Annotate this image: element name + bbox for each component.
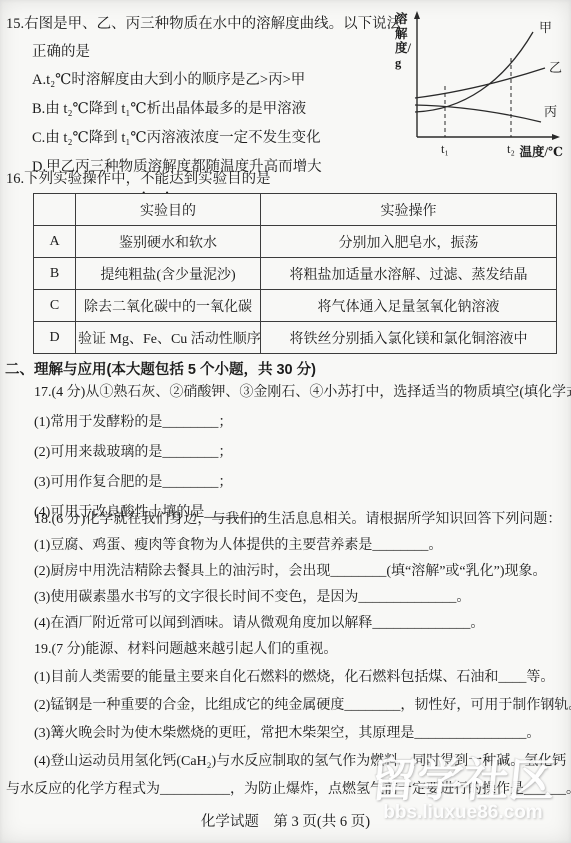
row-a-purpose: 鉴别硬水和软水 [76,226,261,258]
q16-stem: 16.下列实验操作中，不能达到实验目的是 [6,166,271,192]
row-d-operation: 将铁丝分别插入氯化镁和氯化铜溶液中 [261,322,557,354]
question-16: 16.下列实验操作中，不能达到实验目的是 [6,166,271,192]
q18-item-1: (1)豆腐、鸡蛋、瘦肉等食物为人体提供的主要营养素是________。 [34,533,567,559]
curve-jia [415,32,533,112]
question-15: 15.右图是甲、乙、丙三种物质在水中的溶解度曲线。以下说法 正确的是 A.t₂℃… [6,10,565,182]
y-axis-arrow-icon [414,11,420,19]
q19-stem: 19.(7 分)能源、材料问题越来越引起人们的重视。 [6,636,567,664]
q18-item-4: (4)在酒厂附近常可以闻到酒味。请从微观角度加以解释______________… [34,611,567,637]
q19-item-3: (3)篝火晚会时为使木柴燃烧的更旺，常把木柴架空，其原理是___________… [6,720,567,748]
q15-option-b: B.由 t₂℃降到 t₁℃析出晶体最多的是甲溶液 [6,95,393,124]
table-row: A 鉴别硬水和软水 分别加入肥皂水，振荡 [34,226,557,258]
q17-stem: 17.(4 分)从①熟石灰、②硝酸钾、③金刚石、④小苏打中，选择适当的物质填空(… [34,378,565,408]
row-c-operation: 将气体通入足量氢氧化钠溶液 [261,290,557,322]
table-header-purpose: 实验目的 [76,194,261,226]
q19-item-4-line2: 与水反应的化学方程式为__________，为防止爆炸，点燃氢气前一定要进行的操… [6,776,567,804]
solubility-chart-svg: 甲 乙 丙 t₁ t₂ 温度/℃ [393,8,565,168]
chart-y-axis-label: 溶解度/g [395,12,410,70]
q18-item-3: (3)使用碳素墨水书写的文字很长时间不变色，是因为______________。 [34,585,567,611]
curve-bing-label: 丙 [544,104,557,119]
x-tick-t1: t₁ [441,142,449,156]
exam-page: 15.右图是甲、乙、丙三种物质在水中的溶解度曲线。以下说法 正确的是 A.t₂℃… [0,0,571,843]
q18-stem: 18.(6 分)化学就在我们身边，与我们的生活息息相关。请根据所学知识回答下列问… [34,507,567,533]
row-d-label: D [34,322,76,354]
table-row: D 验证 Mg、Fe、Cu 活动性顺序 将铁丝分别插入氯化镁和氯化铜溶液中 [34,322,557,354]
q19-item-1: (1)目前人类需要的能量主要来自化石燃料的燃烧，化石燃料包括煤、石油和____等… [6,664,567,692]
page-footer: 化学试题 第 3 页(共 6 页) [0,810,571,831]
q16-stem-emphasis: 不能 [140,166,169,192]
section-2-heading: 二、理解与应用(本大题包括 5 个小题，共 30 分) [5,358,316,379]
q19-item-4-line1: (4)登山运动员用氢化钙(CaH₂)与水反应制取的氢气作为燃料，同时得到一种碱。… [6,748,567,776]
row-b-label: B [34,258,76,290]
q19-item-2: (2)锰钢是一种重要的合金，比组成它的纯金属硬度________，韧性好，可用于… [6,692,567,720]
curve-yi-label: 乙 [549,60,562,75]
solubility-chart: 溶解度/g 甲 乙 丙 t₁ t₂ 温度/℃ [393,8,565,168]
row-d-purpose: 验证 Mg、Fe、Cu 活动性顺序 [76,322,261,354]
question-19: 19.(7 分)能源、材料问题越来越引起人们的重视。 (1)目前人类需要的能量主… [6,636,567,804]
q16-stem-prefix: 16.下列实验操作中， [6,171,140,187]
table-row: B 提纯粗盐(含少量泥沙) 将粗盐加适量水溶解、过滤、蒸发结晶 [34,258,557,290]
row-a-label: A [34,226,76,258]
question-17: 17.(4 分)从①熟石灰、②硝酸钾、③金刚石、④小苏打中，选择适当的物质填空(… [34,378,565,528]
q18-item-2: (2)厨房中用洗洁精除去餐具上的油污时，会出现________(填“溶解”或“乳… [34,559,567,585]
x-tick-t2: t₂ [507,142,515,156]
q15-option-a: A.t₂℃时溶解度由大到小的顺序是乙>丙>甲 [6,66,393,95]
q15-option-c: C.由 t₂℃降到 t₁℃丙溶液浓度一定不发生变化 [6,124,393,153]
table-row: C 除去二氧化碳中的一氧化碳 将气体通入足量氢氧化钠溶液 [34,290,557,322]
chart-x-axis-label: 温度/℃ [520,144,563,159]
q16-stem-suffix: 达到实验目的是 [169,171,271,187]
curve-bing [415,105,541,122]
row-b-operation: 将粗盐加适量水溶解、过滤、蒸发结晶 [261,258,557,290]
row-c-purpose: 除去二氧化碳中的一氧化碳 [76,290,261,322]
q17-item-2: (2)可用来裁玻璃的是________； [34,438,565,468]
table-header-operation: 实验操作 [261,194,557,226]
experiment-table: 实验目的 实验操作 A 鉴别硬水和软水 分别加入肥皂水，振荡 B 提纯粗盐(含少… [33,193,557,354]
q15-stem-line1: 15.右图是甲、乙、丙三种物质在水中的溶解度曲线。以下说法 [6,10,393,38]
row-a-operation: 分别加入肥皂水，振荡 [261,226,557,258]
q17-item-3: (3)可用作复合肥的是________； [34,468,565,498]
curve-yi [415,68,545,98]
q17-item-1: (1)常用于发酵粉的是________； [34,408,565,438]
question-18: 18.(6 分)化学就在我们身边，与我们的生活息息相关。请根据所学知识回答下列问… [34,507,567,637]
row-c-label: C [34,290,76,322]
table-corner-cell [34,194,76,226]
q15-text: 15.右图是甲、乙、丙三种物质在水中的溶解度曲线。以下说法 正确的是 A.t₂℃… [6,10,393,182]
curve-jia-label: 甲 [539,20,552,35]
q15-stem-line2: 正确的是 [6,38,393,66]
table-header-row: 实验目的 实验操作 [34,194,557,226]
row-b-purpose: 提纯粗盐(含少量泥沙) [76,258,261,290]
x-axis-arrow-icon [552,134,560,140]
